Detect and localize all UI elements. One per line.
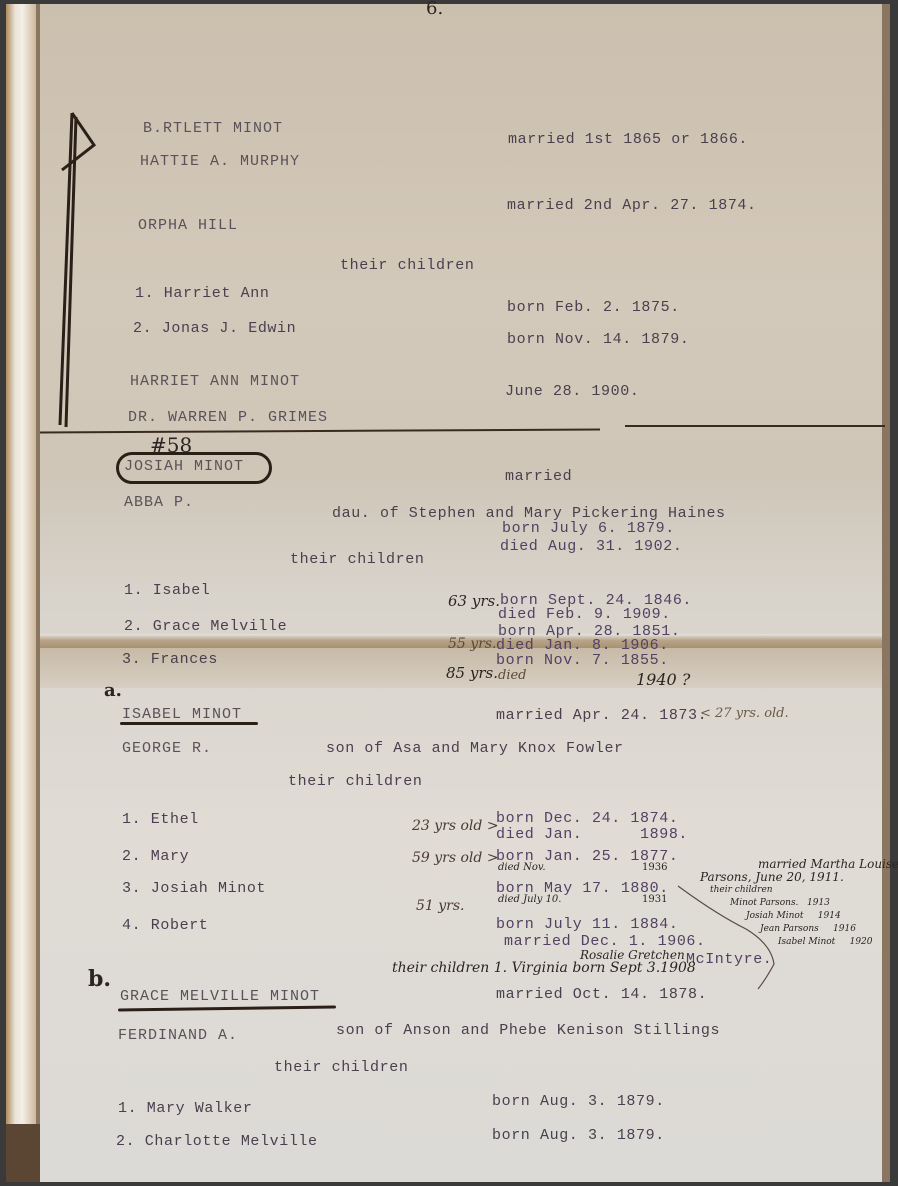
groom-name: FERDINAND A.: [118, 1027, 238, 1044]
child-label: 1. Isabel: [124, 582, 210, 599]
child-label: 3. Josiah Minot: [122, 880, 266, 897]
children-heading: their children: [340, 257, 474, 274]
bride-name: HARRIET ANN MINOT: [130, 373, 300, 390]
age-note: 55 yrs.: [448, 636, 497, 652]
children-heading: their children: [290, 551, 424, 568]
child-died: died Feb. 9. 1909.: [498, 606, 671, 623]
first-marriage: married 1st 1865 or 1866.: [508, 131, 748, 148]
age-note: 23 yrs old >: [412, 818, 499, 834]
age-note: 59 yrs old >: [412, 850, 499, 866]
child-label: 1. Mary Walker: [118, 1100, 252, 1117]
married-label: married: [505, 468, 572, 485]
death-note: died July 10.: [498, 894, 561, 905]
connector-line-icon: [676, 884, 786, 994]
death-note: died: [498, 668, 527, 683]
child-born: born Nov. 14. 1879.: [507, 331, 689, 348]
age-note: 63 yrs.: [448, 592, 500, 610]
child-born: born July 11. 1884.: [496, 916, 678, 933]
child-born: born Nov. 7. 1855.: [496, 652, 669, 669]
wife-died: died Aug. 31. 1902.: [500, 538, 682, 555]
wife-born: born July 6. 1879.: [502, 520, 675, 537]
marriage-date: June 28. 1900.: [505, 383, 639, 400]
bride-name: GRACE MELVILLE MINOT: [120, 988, 320, 1005]
bracket-pen-mark-icon: [50, 105, 110, 435]
child-label: 3. Frances: [122, 651, 218, 668]
age-note: < 27 yrs. old.: [700, 706, 789, 721]
bride-name: ISABEL MINOT: [122, 706, 242, 723]
grandchildren-note: their children 1. Virginia born Sept 3.1…: [392, 960, 696, 976]
first-wife-name: HATTIE A. MURPHY: [140, 153, 300, 170]
section-marker: b.: [88, 966, 111, 992]
child-label: 1. Harriet Ann: [135, 285, 269, 302]
second-wife-name: ORPHA HILL: [138, 217, 238, 234]
section-divider: [625, 425, 885, 427]
child-born: born Aug. 3. 1879.: [492, 1093, 665, 1110]
groom-name: GEORGE R.: [122, 740, 212, 757]
child-born: born Feb. 2. 1875.: [507, 299, 680, 316]
child-label: 2. Charlotte Melville: [116, 1133, 318, 1150]
child-label: 2. Grace Melville: [124, 618, 287, 635]
name-underline: [120, 722, 258, 725]
death-note: died Nov.: [498, 862, 546, 873]
groom-name: DR. WARREN P. GRIMES: [128, 409, 328, 426]
marriage-date: married Apr. 24. 1873.: [496, 707, 707, 724]
child-born: born Aug. 3. 1879.: [492, 1127, 665, 1144]
child-label: 2. Mary: [122, 848, 189, 865]
children-heading: their children: [274, 1059, 408, 1076]
child-label: 2. Jonas J. Edwin: [133, 320, 296, 337]
binder-edge: [6, 4, 36, 1154]
spouse-typed: McIntyre.: [686, 951, 772, 968]
age-note: 85 yrs.: [446, 664, 498, 682]
husband-name: B.RTLETT MINOT: [143, 120, 283, 137]
page-number-mark: 6.: [426, 0, 443, 19]
children-heading: their children: [288, 773, 422, 790]
groom-parentage: son of Anson and Phebe Kenison Stillings: [336, 1022, 720, 1039]
marriage-date: married Oct. 14. 1878.: [496, 986, 707, 1003]
child-label: 4. Robert: [122, 917, 208, 934]
child-label: 1. Ethel: [122, 811, 199, 828]
husband-name: JOSIAH MINOT: [124, 458, 244, 475]
death-year-note: 1936: [642, 862, 667, 873]
wife-name: ABBA P.: [124, 494, 194, 511]
age-note: 51 yrs.: [416, 898, 465, 914]
groom-parentage: son of Asa and Mary Knox Fowler: [326, 740, 624, 757]
death-year-note: 1931: [642, 894, 667, 905]
section-marker: a.: [104, 680, 122, 701]
child-born: born Dec. 24. 1874.: [496, 810, 678, 827]
death-year-note: 1940 ?: [636, 670, 690, 689]
child-died: died Jan. 1898.: [496, 826, 688, 843]
second-marriage: married 2nd Apr. 27. 1874.: [507, 197, 757, 214]
